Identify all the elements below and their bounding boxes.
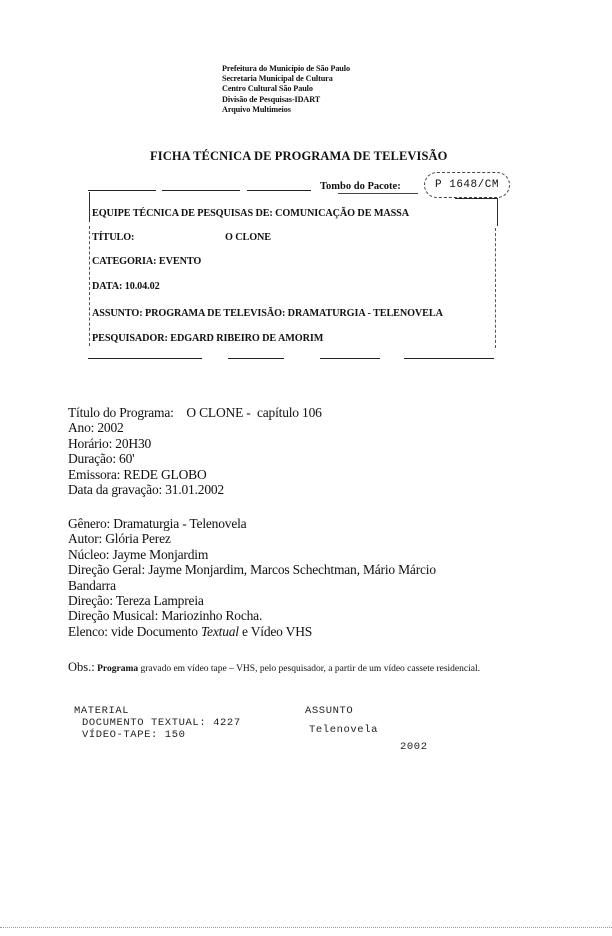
cast-suffix: e Vídeo VHS	[239, 624, 312, 639]
field-data: DATA: 10.04.02	[92, 281, 160, 292]
equipe-value: COMUNICAÇÃO DE MASSA	[275, 208, 409, 219]
tombo-underline	[338, 193, 418, 194]
header-line-prefeitura: Prefeitura do Município de São Paulo	[222, 64, 350, 74]
material-label: MATERIAL	[74, 706, 129, 717]
scan-edge-noise	[0, 927, 612, 930]
blank-line	[144, 358, 202, 359]
header-line-arquivo: Arquivo Multimeios	[222, 105, 350, 115]
credits: Gênero: Dramaturgia - Telenovela Autor: …	[68, 516, 436, 639]
pesquisador-label: PESQUISADOR:	[92, 333, 168, 344]
blank-line	[162, 190, 240, 191]
program-broadcaster: Emissora: REDE GLOBO	[68, 467, 322, 482]
obs-text-bold: Programa	[97, 664, 138, 674]
assunto-label: ASSUNTO:	[92, 308, 143, 319]
box-border-right	[497, 198, 498, 226]
credit-general-direction: Direção Geral: Jayme Monjardim, Marcos S…	[68, 562, 436, 577]
credit-general-direction-cont: Bandarra	[68, 578, 436, 593]
institution-header: Prefeitura do Município de São Paulo Sec…	[222, 64, 350, 115]
form-title: FICHA TÉCNICA DE PROGRAMA DE TELEVISÃO	[150, 149, 448, 164]
blank-line	[320, 358, 380, 359]
credit-direction: Direção: Tereza Lampreia	[68, 593, 436, 608]
credit-nucleus: Núcleo: Jayme Monjardim	[68, 547, 436, 562]
blank-line	[404, 358, 494, 359]
box-border-top-right	[455, 198, 497, 199]
obs-text: gravado em vídeo tape – VHS, pelo pesqui…	[138, 664, 480, 674]
header-line-centro-cultural: Centro Cultural São Paulo	[222, 84, 350, 94]
credit-author: Autor: Glória Perez	[68, 531, 436, 546]
field-pesquisador: PESQUISADOR: EDGARD RIBEIRO DE AMORIM	[92, 333, 323, 344]
program-time: Horário: 20H30	[68, 436, 322, 451]
program-chapter: capítulo 106	[257, 405, 322, 420]
blank-line	[88, 190, 156, 191]
material-documento-textual: DOCUMENTO TEXTUAL: 4227	[82, 718, 241, 729]
tombo-stamp: P 1648/CM	[424, 172, 510, 198]
material-video-tape: VÍDEO-TAPE: 150	[82, 730, 186, 741]
program-recording-date: Data da gravação: 31.01.2002	[68, 482, 322, 497]
blank-line	[228, 358, 284, 359]
obs-label: Obs.:	[68, 660, 95, 674]
blank-line	[247, 190, 311, 191]
assunto-value: PROGRAMA DE TELEVISÃO: DRAMATURGIA - TEL…	[145, 308, 443, 319]
program-title-value: O CLONE -	[186, 405, 250, 420]
program-info: Título do Programa: O CLONE - capítulo 1…	[68, 405, 322, 497]
program-duration: Duração: 60'	[68, 451, 322, 466]
titulo-value: O CLONE	[225, 232, 271, 243]
blank-line	[88, 358, 144, 359]
cast-italic: Textual	[201, 624, 239, 639]
program-year: Ano: 2002	[68, 420, 322, 435]
equipe-label: EQUIPE TÉCNICA DE PESQUISAS DE:	[92, 208, 273, 219]
categoria-value: EVENTO	[159, 256, 201, 267]
header-line-secretaria: Secretaria Municipal de Cultura	[222, 74, 350, 84]
field-assunto: ASSUNTO: PROGRAMA DE TELEVISÃO: DRAMATUR…	[92, 308, 443, 319]
box-border-left-dashed	[89, 226, 91, 346]
categoria-label: CATEGORIA:	[92, 256, 156, 267]
box-border-right-dashed	[495, 228, 497, 348]
stamp-year: 2002	[400, 742, 428, 753]
assunto-stamp-value: Telenovela	[309, 725, 378, 736]
assunto-stamp-label: ASSUNTO	[305, 706, 353, 717]
box-border-left	[89, 192, 90, 222]
program-title-line: Título do Programa: O CLONE - capítulo 1…	[68, 405, 322, 420]
field-titulo: TÍTULO:	[92, 232, 134, 243]
data-label: DATA:	[92, 281, 122, 292]
observation: Obs.: Programa gravado em vídeo tape – V…	[68, 662, 508, 675]
titulo-label: TÍTULO:	[92, 232, 134, 243]
data-value: 10.04.02	[125, 281, 160, 292]
pesquisador-value: EDGARD RIBEIRO DE AMORIM	[170, 333, 323, 344]
header-line-divisao: Divisão de Pesquisas-IDART	[222, 95, 350, 105]
credit-genre: Gênero: Dramaturgia - Telenovela	[68, 516, 436, 531]
credit-music-direction: Direção Musical: Mariozinho Rocha.	[68, 608, 436, 623]
tombo-label: Tombo do Pacote:	[320, 181, 401, 192]
credit-cast: Elenco: vide Documento Textual e Vídeo V…	[68, 624, 436, 639]
field-categoria: CATEGORIA: EVENTO	[92, 256, 201, 267]
program-title-label: Título do Programa:	[68, 405, 174, 420]
field-equipe: EQUIPE TÉCNICA DE PESQUISAS DE: COMUNICA…	[92, 208, 409, 219]
cast-prefix: Elenco: vide Documento	[68, 624, 201, 639]
